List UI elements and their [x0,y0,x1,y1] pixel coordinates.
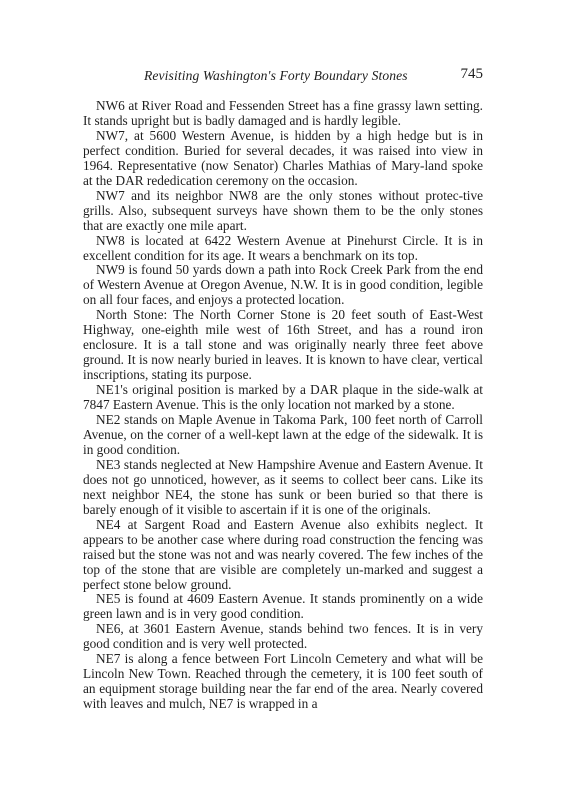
paragraph-ne1: NE1's original position is marked by a D… [83,383,483,413]
paragraph-ne2: NE2 stands on Maple Avenue in Takoma Par… [83,413,483,458]
paragraph-nw7-nw8: NW7 and its neighbor NW8 are the only st… [83,189,483,234]
paragraph-ne3: NE3 stands neglected at New Hampshire Av… [83,458,483,518]
running-header: Revisiting Washington's Forty Boundary S… [83,62,483,86]
paragraph-ne4: NE4 at Sargent Road and Eastern Avenue a… [83,518,483,593]
paragraph-ne6: NE6, at 3601 Eastern Avenue, stands behi… [83,622,483,652]
paragraph-nw7: NW7, at 5600 Western Avenue, is hidden b… [83,129,483,189]
paragraph-nw8: NW8 is located at 6422 Western Avenue at… [83,234,483,264]
paragraph-nw6: NW6 at River Road and Fessenden Street h… [83,99,483,129]
paragraph-ne5: NE5 is found at 4609 Eastern Avenue. It … [83,592,483,622]
page-number: 745 [461,66,484,83]
body-text: NW6 at River Road and Fessenden Street h… [83,99,483,712]
paragraph-ne7: NE7 is along a fence between Fort Lincol… [83,652,483,712]
running-title: Revisiting Washington's Forty Boundary S… [144,68,408,84]
document-page: Revisiting Washington's Forty Boundary S… [83,62,483,712]
paragraph-nw9: NW9 is found 50 yards down a path into R… [83,263,483,308]
paragraph-north-stone: North Stone: The North Corner Stone is 2… [83,308,483,383]
